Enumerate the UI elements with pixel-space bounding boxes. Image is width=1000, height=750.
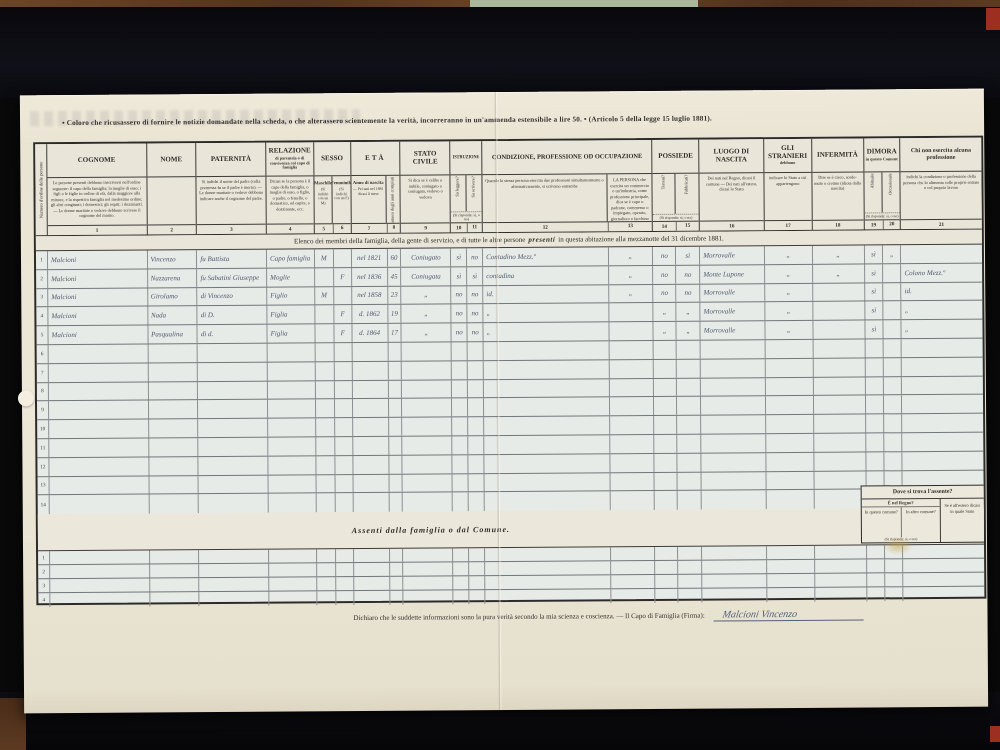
col-instruction: Si indichi il nome del padre (colla prem… [197, 177, 266, 224]
row-cell [49, 344, 149, 362]
sub-col: Anno di nascita— Pei nati nel 1881 dicas… [351, 176, 386, 223]
row-number: 1 [38, 551, 50, 564]
row-cell [150, 578, 200, 591]
row-cell: „ [677, 322, 701, 340]
row-cell [335, 493, 353, 512]
col-title: COGNOME [47, 143, 146, 178]
row-cell [903, 451, 984, 469]
row-cell [656, 561, 679, 574]
row-cell [388, 361, 402, 379]
row-cell [609, 303, 654, 321]
row-cell [902, 376, 983, 394]
row-cell: sì [865, 302, 884, 320]
row-cell [701, 359, 766, 377]
row-cell [390, 549, 404, 562]
row-cell [654, 378, 677, 396]
col-title: PATERNITÀ [197, 143, 266, 177]
row-cell [49, 438, 149, 456]
row-cell [886, 573, 904, 586]
row-cell: d. 1864 [352, 324, 388, 342]
row-cell [336, 549, 354, 562]
row-cell [454, 590, 470, 604]
row-number: 8 [37, 383, 49, 401]
row-cell [336, 591, 354, 605]
row-cell [148, 382, 198, 400]
row-cell [702, 491, 767, 510]
row-cell [352, 362, 388, 380]
row-cell: sì [451, 248, 467, 266]
row-cell [469, 455, 485, 473]
row-cell: nel 1836 [352, 268, 388, 286]
row-cell: nel 1821 [352, 249, 388, 267]
row-cell [815, 573, 867, 586]
col-number: 21 [901, 221, 982, 228]
row-cell [336, 563, 354, 576]
row-cell [200, 592, 270, 606]
row-cell [402, 380, 452, 398]
table-header: Numero d'ordine delle personeCOGNOMELe p… [35, 138, 982, 237]
row-cell: „ [765, 283, 813, 301]
col-number: 13 [608, 222, 653, 231]
row-cell [902, 357, 983, 375]
row-cell [354, 549, 390, 562]
absent-persons-rows: 1234 [38, 545, 984, 608]
row-cell [903, 433, 984, 451]
row-cell [885, 414, 903, 432]
row-cell [50, 578, 150, 592]
row-cell [884, 320, 902, 338]
row-cell: Malcioni [48, 307, 148, 325]
col-cognome: COGNOMELe persone presenti debbono inscr… [47, 143, 147, 235]
row-number: 12 [37, 458, 49, 476]
row-cell [866, 433, 885, 451]
row-cell: Contadino Mezz.º [483, 247, 609, 266]
row-number: 10 [37, 420, 49, 438]
row-cell [402, 399, 452, 417]
row-cell [866, 415, 885, 433]
row-cell [49, 420, 149, 438]
row-cell [198, 344, 268, 362]
row-cell [610, 454, 655, 472]
row-cell: di D. [198, 306, 268, 324]
row-cell [316, 362, 335, 380]
row-cell [766, 340, 814, 358]
col-title: ISTRUZIONE [450, 141, 481, 175]
row-cell [148, 344, 198, 362]
row-cell: „ [402, 324, 452, 342]
col-number: 1 [48, 227, 147, 234]
col-sesso: SESSOMaschile(Si indichi con un M)Femmin… [314, 142, 351, 233]
row-cell [901, 245, 982, 263]
row-number: 4 [38, 593, 50, 607]
row-cell [403, 493, 453, 512]
col-number: 7 [351, 225, 386, 231]
row-cell [452, 399, 468, 417]
census-table: Numero d'ordine delle personeCOGNOMELe p… [33, 136, 986, 606]
row-cell [149, 494, 199, 513]
row-cell [678, 547, 702, 560]
row-cell [611, 575, 656, 588]
row-cell [485, 492, 611, 512]
row-cell [611, 589, 656, 603]
row-cell [268, 343, 316, 361]
row-cell: 60 [387, 249, 401, 267]
row-cell [611, 547, 656, 560]
row-cell: Malcioni [48, 269, 148, 287]
row-cell [335, 437, 353, 455]
col-instruction: Si dica se è celibe o nubile, coniugato … [401, 175, 450, 222]
row-cell [315, 324, 334, 342]
row-cell [678, 453, 702, 471]
row-cell [609, 379, 654, 397]
row-cell: Malcioni [48, 250, 148, 268]
row-cell [268, 362, 316, 380]
row-cell [813, 358, 865, 376]
col-instruction: indichi la condizione o professione dell… [901, 172, 982, 220]
row-cell [867, 559, 886, 572]
row-cell [867, 573, 886, 586]
row-number: 4 [36, 308, 48, 326]
sub-col: Terreni? [653, 174, 676, 214]
row-cell [148, 363, 198, 381]
row-cell: F [334, 268, 352, 286]
row-cell: Girolamo [148, 288, 198, 306]
row-cell: sì [865, 283, 884, 301]
row-cell [50, 564, 150, 578]
row-cell [903, 559, 984, 573]
row-cell [334, 249, 352, 267]
row-cell: id. [902, 282, 983, 300]
col-number: 12 [483, 224, 608, 231]
row-cell [814, 415, 866, 433]
col-number: 14 [653, 223, 675, 229]
row-cell [865, 358, 884, 376]
row-cell: „ [813, 245, 865, 263]
row-cell [815, 545, 867, 558]
dove-si-trova-box: Dove si trova l'assente? È nel Regno? In… [861, 485, 984, 544]
row-cell [702, 560, 767, 573]
row-cell [452, 436, 468, 454]
row-cell: „ [902, 301, 983, 319]
row-cell [655, 547, 678, 560]
row-cell [404, 576, 454, 589]
col-instruction: Le persone presenti debbono inscriversi … [47, 177, 146, 225]
col-number: 8 [387, 224, 401, 233]
col-number: 11 [466, 223, 482, 232]
row-cell [678, 491, 702, 510]
row-cell [766, 415, 814, 433]
row-cell: Vincenzo [147, 250, 197, 268]
row-cell [679, 589, 703, 603]
row-cell [353, 437, 389, 455]
row-cell [335, 418, 353, 436]
row-cell [886, 587, 904, 601]
row-cell [655, 491, 678, 510]
row-cell: sì [467, 267, 483, 285]
row-cell [390, 577, 404, 590]
dove-box-regno-section: È nel Regno? In questo comune? In altro … [862, 499, 941, 543]
row-cell [389, 399, 403, 417]
row-cell [404, 562, 454, 575]
row-cell [316, 381, 335, 399]
row-cell [766, 359, 814, 377]
row-cell [678, 472, 702, 490]
row-cell [49, 457, 149, 475]
row-cell [884, 264, 902, 282]
row-cell: Nazzarena [148, 269, 198, 287]
col-nome: NOME2 [147, 143, 197, 234]
row-cell: no [467, 286, 483, 304]
row-cell [702, 453, 767, 471]
row-cell: fu Sabatini Giuseppe [197, 268, 267, 286]
row-cell [403, 474, 453, 492]
row-cell [354, 563, 390, 576]
row-cell: no [677, 284, 701, 302]
row-cell: F [334, 324, 352, 342]
row-cell [866, 396, 885, 414]
row-cell [452, 380, 468, 398]
row-cell [611, 561, 656, 574]
sub-col: LA PERSONA che esercita un commercio o u… [607, 174, 652, 222]
row-cell: no [468, 305, 484, 323]
col-title: GLI STRANIERIdebbono [764, 139, 811, 173]
row-cell [484, 416, 610, 435]
row-cell [766, 434, 814, 452]
row-cell [453, 474, 469, 492]
row-cell [316, 494, 335, 513]
row-cell [453, 493, 469, 512]
row-cell: Figlia [267, 306, 315, 324]
row-cell: contadina [483, 266, 609, 285]
row-cell [317, 591, 336, 605]
assenti-title: Assenti dalla famiglia o dal Comune. [352, 524, 510, 534]
row-cell [353, 380, 389, 398]
row-number: 9 [37, 402, 49, 420]
col-stranieri: GLI STRANIERIdebbonoindicare lo Stato a … [764, 139, 812, 230]
row-cell: M [315, 249, 334, 267]
row-cell [150, 592, 200, 606]
row-cell: sì [451, 267, 467, 285]
row-cell [484, 435, 610, 454]
col-number: 10 [451, 225, 466, 231]
row-cell: Morrovalle [701, 303, 766, 321]
row-cell [677, 416, 701, 434]
row-cell [767, 546, 815, 559]
col-instruction [147, 177, 196, 224]
row-cell: sì [865, 321, 884, 339]
col-instruction: Dicasi se la persona è il capo della fam… [266, 176, 313, 223]
row-cell [354, 591, 390, 605]
row-cell [149, 476, 199, 494]
red-mark-top-right [986, 8, 1000, 30]
col-number: 5 [315, 226, 333, 232]
elenco-presenti: presenti [528, 236, 555, 244]
col-number: 6 [333, 224, 351, 233]
row-cell [884, 377, 902, 395]
row-cell: „ [402, 286, 452, 304]
row-cell: 23 [388, 286, 402, 304]
row-number: 3 [36, 289, 48, 307]
row-number: 2 [38, 565, 50, 578]
row-cell: sì [865, 264, 884, 282]
row-cell [352, 343, 388, 361]
row-cell [49, 401, 149, 419]
dove-question-altro-comune: In altro comune? [901, 507, 940, 537]
row-cell [315, 268, 334, 286]
row-cell [702, 546, 767, 559]
row-cell [766, 396, 814, 414]
col-num: Numero d'ordine delle persone [35, 144, 48, 235]
col-luogo: LUOGO DI NASCITADei nati nel Regno, dica… [699, 139, 764, 230]
row-cell [484, 341, 610, 360]
col-paternita: PATERNITÀSi indichi il nome del padre (c… [197, 143, 267, 234]
row-cell [199, 550, 269, 563]
row-cell [609, 341, 654, 359]
row-cell: „ [902, 320, 983, 338]
col-title: POSSIEDE [653, 140, 699, 174]
row-cell: „ [677, 303, 701, 321]
row-cell [814, 396, 866, 414]
row-cell [677, 378, 701, 396]
col-number: 16 [700, 223, 764, 229]
row-cell [701, 415, 766, 433]
row-cell [866, 452, 885, 470]
row-cell [268, 400, 316, 418]
row-cell [268, 381, 316, 399]
row-cell: Figlia [267, 325, 315, 343]
row-cell [484, 360, 610, 379]
sub-col: Numero degli anni compiuti [386, 176, 400, 223]
row-cell [655, 435, 678, 453]
col-possiede: POSSIEDETerreni?Fabbricati?(Si risponda:… [653, 140, 700, 231]
row-cell [453, 576, 469, 589]
row-number: 7 [37, 364, 49, 382]
present-persons-rows: 1MalcioniVincenzofu BattistaCapo famigli… [36, 245, 984, 515]
row-cell [766, 377, 814, 395]
sub-col: Sa scrivere? [466, 175, 482, 211]
row-number: 2 [36, 270, 48, 288]
row-cell [334, 287, 352, 305]
row-cell [317, 549, 336, 562]
row-cell [269, 475, 317, 493]
row-cell [469, 492, 485, 511]
row-cell [315, 343, 334, 361]
dove-estero-label: Se è all'estero dicasi in quale Stato [941, 499, 984, 542]
row-cell [485, 561, 611, 575]
elenco-prefix: Elenco dei membri della famiglia, della … [294, 236, 525, 246]
row-cell: Capo famiglia [267, 249, 315, 267]
row-cell [403, 418, 453, 436]
row-cell [654, 360, 677, 378]
col-title: SESSO [314, 142, 350, 176]
row-cell [814, 377, 866, 395]
row-cell [453, 562, 469, 575]
row-cell [150, 564, 200, 577]
row-number: 13 [38, 477, 50, 495]
row-cell [402, 361, 452, 379]
row-cell: sì [676, 247, 700, 265]
row-cell: 45 [388, 268, 402, 286]
row-cell [485, 473, 611, 492]
row-cell [767, 560, 815, 573]
row-cell [470, 590, 486, 604]
row-cell [468, 361, 484, 379]
row-cell [402, 342, 452, 360]
row-cell [655, 472, 678, 490]
row-cell [865, 339, 884, 357]
col-title: RELAZIONEdi parentela o di convivenza co… [266, 142, 313, 176]
row-cell: „ [883, 245, 901, 263]
col-instruction: Dire se è cieco, sordo-muto o cretino (i… [812, 172, 863, 219]
row-cell [468, 417, 484, 435]
row-cell [485, 575, 611, 589]
row-cell [484, 398, 610, 417]
row-cell: Malcioni [48, 288, 148, 306]
row-cell [269, 577, 317, 590]
row-cell: „ [609, 285, 654, 303]
row-cell [149, 401, 199, 419]
row-cell [610, 491, 655, 510]
row-cell [199, 494, 269, 513]
row-cell [199, 475, 269, 493]
dove-question-questo-comune: In questo comune? [862, 507, 901, 537]
row-cell [149, 419, 199, 437]
sub-col: Occasionale [882, 172, 900, 212]
row-cell [701, 397, 766, 415]
row-cell [903, 545, 984, 559]
col-title: NOME [147, 143, 196, 177]
row-cell: Monte Lupone [700, 265, 765, 283]
row-cell [885, 452, 903, 470]
row-cell: „ [765, 265, 813, 283]
col-condizione: CONDIZIONE, PROFESSIONE OD OCCUPAZIONEQu… [482, 140, 653, 232]
row-cell [268, 418, 316, 436]
row-cell: „ [813, 264, 865, 282]
row-cell [469, 576, 485, 589]
row-cell [677, 397, 701, 415]
col-relazione: RELAZIONEdi parentela o di convivenza co… [266, 142, 314, 233]
row-number: 1 [36, 251, 48, 269]
row-cell [766, 453, 814, 471]
row-cell: no [653, 247, 676, 265]
row-cell: di d. [198, 325, 268, 343]
row-cell: Pasqualina [148, 325, 198, 343]
row-number: 11 [37, 439, 49, 457]
row-cell: F [334, 305, 352, 323]
row-cell [904, 587, 985, 602]
row-cell [335, 399, 353, 417]
col-stato: STATO CIVILESi dica se è celibe o nubile… [401, 141, 451, 232]
row-cell: no [653, 266, 676, 284]
row-cell [334, 362, 352, 380]
row-cell [317, 577, 336, 590]
row-cell [353, 418, 389, 436]
col-chi: Chi non esercita alcuna professioneindic… [901, 138, 982, 230]
row-number: 3 [38, 579, 50, 592]
row-number: 5 [36, 326, 48, 344]
row-cell [354, 577, 390, 590]
row-cell [149, 457, 199, 475]
row-cell [49, 382, 149, 400]
row-cell: d. 1862 [352, 305, 388, 323]
col-eta: ETÀAnno di nascita— Pei nati nel 1881 di… [351, 142, 401, 233]
row-cell: Morrovalle [700, 284, 765, 302]
row-cell [702, 472, 767, 490]
row-cell [452, 342, 468, 360]
row-number: 14 [38, 496, 50, 515]
row-cell [316, 437, 335, 455]
sub-col: Quando la stessa persona esercita due pr… [483, 174, 608, 222]
